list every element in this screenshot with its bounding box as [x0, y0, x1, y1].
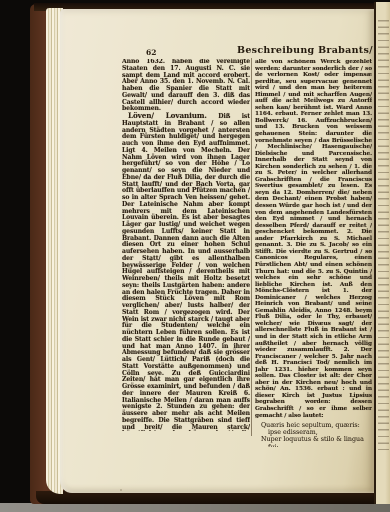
facing-page-edge	[374, 2, 390, 504]
verse-line: Nuper loquutus & stilo & lingua fui:	[255, 436, 372, 447]
paragraph: Anno 1632. haben die vereinigte Staaten …	[122, 59, 250, 113]
verse-line: Quæris heic sepultum, quæris: ipse ediss…	[255, 422, 372, 436]
latin-epitaph-verse: Quæris heic sepultum, quæris: ipse ediss…	[255, 422, 372, 447]
section-lead-word: Löven/ Lovanium.	[128, 111, 207, 120]
paragraph: Löven/ Lovanium. Diß ist Hauptstatt in B…	[122, 113, 250, 431]
column-divider-rule	[251, 58, 252, 436]
paragraph: alle von schönem Werck gezehlet werden: …	[255, 59, 372, 419]
table-surface	[0, 503, 390, 512]
right-text-column: alle von schönem Werck gezehlet werden: …	[255, 59, 372, 447]
running-title: Beschreibung Brabants/	[237, 45, 373, 56]
paragraph-text: Diß ist Hauptstatt in Brabant / so allen…	[122, 113, 250, 431]
facing-page-illegible-text-lines	[378, 20, 389, 450]
left-text-column: Anno 1632. haben die vereinigte Staaten …	[122, 59, 250, 431]
photo-of-open-book: 62 Beschreibung Brabants/ Anno 1632. hab…	[0, 0, 390, 512]
page-number: 62	[146, 48, 156, 57]
